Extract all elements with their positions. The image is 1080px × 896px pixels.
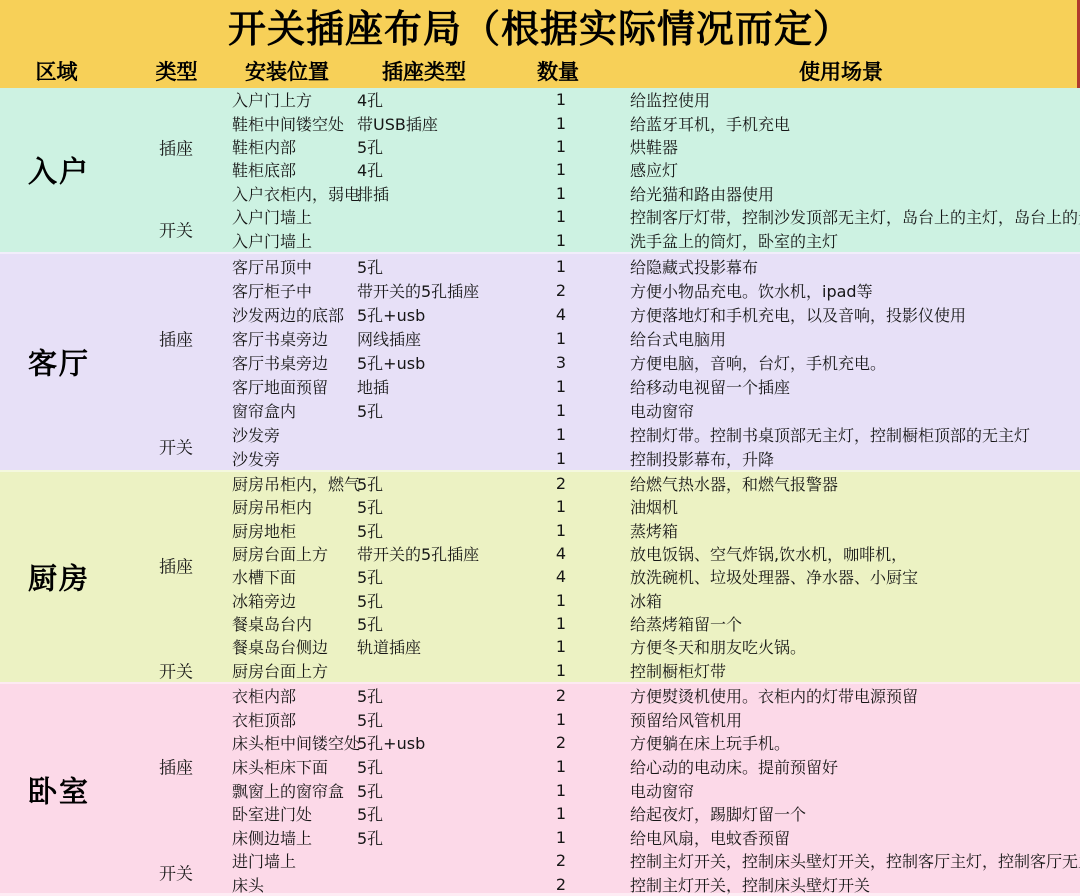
type-label: 插座 xyxy=(159,553,193,578)
quantity-cell: 1 xyxy=(517,231,605,250)
install-location-cell: 厨房吊柜内，燃气 xyxy=(232,472,357,495)
type-label: 开关 xyxy=(159,216,193,241)
install-location-cell: 床头柜床下面 xyxy=(232,755,357,778)
install-location-cell: 床侧边墙上 xyxy=(232,826,357,849)
type-group: 开关厨房台面上方1控制橱柜灯带 xyxy=(0,659,1080,682)
quantity-cell: 1 xyxy=(517,828,605,847)
install-location-cell: 衣柜顶部 xyxy=(232,708,357,731)
type-label: 开关 xyxy=(159,860,193,885)
type-label: 插座 xyxy=(159,754,193,779)
socket-type-cell: 5孔 xyxy=(357,255,517,278)
quantity-cell: 1 xyxy=(517,521,605,540)
install-location-cell: 客厅吊顶中 xyxy=(232,255,357,278)
usage-scenario-cell: 预留给风管机用 xyxy=(630,708,1080,731)
switch-socket-layout-table: 开关插座布局（根据实际情况而定） 区域类型安装位置插座类型数量使用场景 入户插座… xyxy=(0,0,1080,896)
type-group: 插座厨房吊柜内，燃气5孔2给燃气热水器，和燃气报警器厨房吊柜内5孔1油烟机厨房地… xyxy=(0,472,1080,659)
quantity-cell: 1 xyxy=(517,781,605,800)
table-row: 厨房吊柜内，燃气5孔2给燃气热水器，和燃气报警器 xyxy=(0,472,1080,495)
quantity-cell: 3 xyxy=(517,353,605,372)
section-kitchen: 厨房插座厨房吊柜内，燃气5孔2给燃气热水器，和燃气报警器厨房吊柜内5孔1油烟机厨… xyxy=(0,470,1080,682)
install-location-cell: 客厅柜子中 xyxy=(232,279,357,302)
table-body: 入户插座入户门上方4孔1给监控使用鞋柜中间镂空处带USB插座1给蓝牙耳机，手机充… xyxy=(0,88,1080,896)
column-header: 使用场景 xyxy=(602,56,1080,86)
type-label: 开关 xyxy=(159,434,193,459)
quantity-cell: 1 xyxy=(517,257,605,276)
socket-type-cell: 带开关的5孔插座 xyxy=(357,279,517,302)
install-location-cell: 鞋柜中间镂空处 xyxy=(232,112,357,135)
usage-scenario-cell: 控制客厅灯带，控制沙发顶部无主灯，岛台上的主灯，岛台上的无主 xyxy=(630,205,1080,228)
install-location-cell: 厨房吊柜内 xyxy=(232,495,357,518)
quantity-cell: 4 xyxy=(517,567,605,586)
socket-type-cell: 轨道插座 xyxy=(357,635,517,658)
socket-type-cell: 5孔 xyxy=(357,519,517,542)
table-row: 厨房地柜5孔1蒸烤箱 xyxy=(0,519,1080,542)
type-group: 插座客厅吊顶中5孔1给隐藏式投影幕布客厅柜子中带开关的5孔插座2方便小物品充电。… xyxy=(0,254,1080,422)
socket-type-cell: 5孔 xyxy=(357,826,517,849)
column-header: 数量 xyxy=(514,56,602,86)
quantity-cell: 1 xyxy=(517,804,605,823)
quantity-cell: 2 xyxy=(517,733,605,752)
install-location-cell: 餐桌岛台内 xyxy=(232,612,357,635)
column-header: 安装位置 xyxy=(240,56,334,86)
usage-scenario-cell: 油烟机 xyxy=(630,495,1080,518)
column-header: 区域 xyxy=(0,56,113,86)
install-location-cell: 鞋柜底部 xyxy=(232,158,357,181)
usage-scenario-cell: 放洗碗机、垃圾处理器、净水器、小厨宝 xyxy=(630,565,1080,588)
usage-scenario-cell: 放电饭锅、空气炸锅,饮水机，咖啡机， xyxy=(630,542,1080,565)
quantity-cell: 1 xyxy=(517,425,605,444)
install-location-cell: 衣柜内部 xyxy=(232,684,357,707)
quantity-cell: 1 xyxy=(517,207,605,226)
table-row: 餐桌岛台内5孔1给蒸烤箱留一个 xyxy=(0,612,1080,635)
quantity-cell: 2 xyxy=(517,851,605,870)
install-location-cell: 沙发旁 xyxy=(232,447,357,470)
socket-type-cell: 5孔 xyxy=(357,684,517,707)
usage-scenario-cell: 洗手盆上的筒灯，卧室的主灯 xyxy=(630,229,1080,252)
install-location-cell: 厨房台面上方 xyxy=(232,542,357,565)
type-group: 开关进门墙上2控制主灯开关，控制床头壁灯开关，控制客厅主灯，控制客厅无主灯床头2… xyxy=(0,849,1080,896)
quantity-cell: 1 xyxy=(517,90,605,109)
socket-type-cell: 5孔+usb xyxy=(357,351,517,374)
usage-scenario-cell: 给隐藏式投影幕布 xyxy=(630,255,1080,278)
install-location-cell: 鞋柜内部 xyxy=(232,135,357,158)
usage-scenario-cell: 控制主灯开关，控制床头壁灯开关，控制客厅主灯，控制客厅无主灯 xyxy=(630,849,1080,872)
quantity-cell: 1 xyxy=(517,637,605,656)
quantity-cell: 1 xyxy=(517,184,605,203)
install-location-cell: 进门墙上 xyxy=(232,849,357,872)
socket-type-cell: 5孔 xyxy=(357,472,517,495)
usage-scenario-cell: 给燃气热水器，和燃气报警器 xyxy=(630,472,1080,495)
socket-type-cell: 5孔+usb xyxy=(357,303,517,326)
usage-scenario-cell: 给光猫和路由器使用 xyxy=(630,182,1080,205)
usage-scenario-cell: 感应灯 xyxy=(630,158,1080,181)
column-header: 类型 xyxy=(113,56,240,86)
table-row: 衣柜内部5孔2方便熨烫机使用。衣柜内的灯带电源预留 xyxy=(0,684,1080,708)
table-row: 冰箱旁边5孔1冰箱 xyxy=(0,589,1080,612)
type-label: 插座 xyxy=(159,326,193,351)
table-row: 衣柜顶部5孔1预留给风管机用 xyxy=(0,708,1080,732)
quantity-cell: 2 xyxy=(517,875,605,894)
quantity-cell: 1 xyxy=(517,710,605,729)
socket-type-cell: 带USB插座 xyxy=(357,112,517,135)
socket-type-cell: 4孔 xyxy=(357,88,517,111)
quantity-cell: 2 xyxy=(517,686,605,705)
type-label: 插座 xyxy=(159,134,193,159)
usage-scenario-cell: 方便冬天和朋友吃火锅。 xyxy=(630,635,1080,658)
usage-scenario-cell: 方便躺在床上玩手机。 xyxy=(630,731,1080,754)
table-row: 厨房吊柜内5孔1油烟机 xyxy=(0,495,1080,518)
quantity-cell: 1 xyxy=(517,757,605,776)
usage-scenario-cell: 给蒸烤箱留一个 xyxy=(630,612,1080,635)
install-location-cell: 客厅地面预留 xyxy=(232,375,357,398)
usage-scenario-cell: 给移动电视留一个插座 xyxy=(630,375,1080,398)
quantity-cell: 1 xyxy=(517,377,605,396)
quantity-cell: 1 xyxy=(517,137,605,156)
quantity-cell: 1 xyxy=(517,114,605,133)
quantity-cell: 1 xyxy=(517,449,605,468)
table-header: 开关插座布局（根据实际情况而定） 区域类型安装位置插座类型数量使用场景 xyxy=(0,0,1080,88)
quantity-cell: 4 xyxy=(517,305,605,324)
usage-scenario-cell: 给蓝牙耳机，手机充电 xyxy=(630,112,1080,135)
table-row: 客厅柜子中带开关的5孔插座2方便小物品充电。饮水机，ipad等 xyxy=(0,278,1080,302)
install-location-cell: 客厅书桌旁边 xyxy=(232,351,357,374)
table-row: 窗帘盒内5孔1电动窗帘 xyxy=(0,398,1080,422)
usage-scenario-cell: 给电风扇，电蚊香预留 xyxy=(630,826,1080,849)
quantity-cell: 1 xyxy=(517,329,605,348)
page-title: 开关插座布局（根据实际情况而定） xyxy=(0,0,1080,56)
usage-scenario-cell: 控制灯带。控制书桌顶部无主灯，控制橱柜顶部的无主灯 xyxy=(630,423,1080,446)
install-location-cell: 沙发旁 xyxy=(232,423,357,446)
socket-type-cell: 5孔 xyxy=(357,565,517,588)
table-row: 沙发两边的底部5孔+usb4方便落地灯和手机充电，以及音响，投影仪使用 xyxy=(0,302,1080,326)
table-row: 客厅吊顶中5孔1给隐藏式投影幕布 xyxy=(0,254,1080,278)
type-group: 开关入户门墙上1控制客厅灯带，控制沙发顶部无主灯，岛台上的主灯，岛台上的无主入户… xyxy=(0,205,1080,252)
quantity-cell: 2 xyxy=(517,281,605,300)
usage-scenario-cell: 给心动的电动床。提前预留好 xyxy=(630,755,1080,778)
quantity-cell: 1 xyxy=(517,497,605,516)
usage-scenario-cell: 给起夜灯，踢脚灯留一个 xyxy=(630,802,1080,825)
install-location-cell: 餐桌岛台侧边 xyxy=(232,635,357,658)
install-location-cell: 床头柜中间镂空处 xyxy=(232,731,357,754)
socket-type-cell: 5孔 xyxy=(357,779,517,802)
install-location-cell: 水槽下面 xyxy=(232,565,357,588)
install-location-cell: 沙发两边的底部 xyxy=(232,303,357,326)
usage-scenario-cell: 控制投影幕布，升降 xyxy=(630,447,1080,470)
socket-type-cell: 排插 xyxy=(357,182,517,205)
usage-scenario-cell: 方便电脑，音响，台灯，手机充电。 xyxy=(630,351,1080,374)
usage-scenario-cell: 方便落地灯和手机充电，以及音响，投影仪使用 xyxy=(630,303,1080,326)
usage-scenario-cell: 给监控使用 xyxy=(630,88,1080,111)
install-location-cell: 入户衣柜内，弱电 xyxy=(232,182,357,205)
type-group: 插座入户门上方4孔1给监控使用鞋柜中间镂空处带USB插座1给蓝牙耳机，手机充电鞋… xyxy=(0,88,1080,205)
socket-type-cell: 5孔+usb xyxy=(357,731,517,754)
table-row: 鞋柜中间镂空处带USB插座1给蓝牙耳机，手机充电 xyxy=(0,111,1080,134)
socket-type-cell: 带开关的5孔插座 xyxy=(357,542,517,565)
usage-scenario-cell: 电动窗帘 xyxy=(630,399,1080,422)
install-location-cell: 厨房地柜 xyxy=(232,519,357,542)
table-row: 入户门上方4孔1给监控使用 xyxy=(0,88,1080,111)
usage-scenario-cell: 给台式电脑用 xyxy=(630,327,1080,350)
table-row: 床头柜中间镂空处5孔+usb2方便躺在床上玩手机。 xyxy=(0,731,1080,755)
table-row: 餐桌岛台侧边轨道插座1方便冬天和朋友吃火锅。 xyxy=(0,635,1080,658)
table-row: 床侧边墙上5孔1给电风扇，电蚊香预留 xyxy=(0,825,1080,849)
socket-type-cell: 5孔 xyxy=(357,708,517,731)
usage-scenario-cell: 蒸烤箱 xyxy=(630,519,1080,542)
quantity-cell: 4 xyxy=(517,544,605,563)
socket-type-cell: 4孔 xyxy=(357,158,517,181)
section-bedroom: 卧室插座衣柜内部5孔2方便熨烫机使用。衣柜内的灯带电源预留衣柜顶部5孔1预留给风… xyxy=(0,682,1080,896)
socket-type-cell: 5孔 xyxy=(357,399,517,422)
quantity-cell: 1 xyxy=(517,661,605,680)
type-group: 插座衣柜内部5孔2方便熨烫机使用。衣柜内的灯带电源预留衣柜顶部5孔1预留给风管机… xyxy=(0,684,1080,849)
usage-scenario-cell: 冰箱 xyxy=(630,589,1080,612)
socket-type-cell: 5孔 xyxy=(357,589,517,612)
section-living-room: 客厅插座客厅吊顶中5孔1给隐藏式投影幕布客厅柜子中带开关的5孔插座2方便小物品充… xyxy=(0,252,1080,470)
table-row: 鞋柜底部4孔1感应灯 xyxy=(0,158,1080,181)
install-location-cell: 厨房台面上方 xyxy=(232,659,357,682)
usage-scenario-cell: 控制橱柜灯带 xyxy=(630,659,1080,682)
table-row: 客厅书桌旁边5孔+usb3方便电脑，音响，台灯，手机充电。 xyxy=(0,350,1080,374)
column-header-row: 区域类型安装位置插座类型数量使用场景 xyxy=(0,56,1080,86)
table-row: 卧室进门处5孔1给起夜灯，踢脚灯留一个 xyxy=(0,802,1080,826)
type-group: 开关沙发旁1控制灯带。控制书桌顶部无主灯，控制橱柜顶部的无主灯沙发旁1控制投影幕… xyxy=(0,422,1080,470)
table-row: 飘窗上的窗帘盒5孔1电动窗帘 xyxy=(0,778,1080,802)
usage-scenario-cell: 烘鞋器 xyxy=(630,135,1080,158)
socket-type-cell: 5孔 xyxy=(357,135,517,158)
section-entry: 入户插座入户门上方4孔1给监控使用鞋柜中间镂空处带USB插座1给蓝牙耳机，手机充… xyxy=(0,88,1080,252)
quantity-cell: 1 xyxy=(517,614,605,633)
table-row: 入户衣柜内，弱电排插1给光猫和路由器使用 xyxy=(0,182,1080,205)
install-location-cell: 入户门墙上 xyxy=(232,229,357,252)
usage-scenario-cell: 方便小物品充电。饮水机，ipad等 xyxy=(630,279,1080,302)
quantity-cell: 2 xyxy=(517,474,605,493)
install-location-cell: 卧室进门处 xyxy=(232,802,357,825)
install-location-cell: 冰箱旁边 xyxy=(232,589,357,612)
install-location-cell: 飘窗上的窗帘盒 xyxy=(232,779,357,802)
column-header: 插座类型 xyxy=(334,56,514,86)
usage-scenario-cell: 方便熨烫机使用。衣柜内的灯带电源预留 xyxy=(630,684,1080,707)
type-label: 开关 xyxy=(159,658,193,683)
socket-type-cell: 5孔 xyxy=(357,612,517,635)
quantity-cell: 1 xyxy=(517,591,605,610)
install-location-cell: 入户门上方 xyxy=(232,88,357,111)
usage-scenario-cell: 电动窗帘 xyxy=(630,779,1080,802)
install-location-cell: 客厅书桌旁边 xyxy=(232,327,357,350)
table-row: 客厅地面预留地插1给移动电视留一个插座 xyxy=(0,374,1080,398)
socket-type-cell: 5孔 xyxy=(357,495,517,518)
socket-type-cell: 5孔 xyxy=(357,755,517,778)
quantity-cell: 1 xyxy=(517,160,605,179)
install-location-cell: 窗帘盒内 xyxy=(232,399,357,422)
socket-type-cell: 网线插座 xyxy=(357,327,517,350)
install-location-cell: 入户门墙上 xyxy=(232,205,357,228)
socket-type-cell: 地插 xyxy=(357,375,517,398)
quantity-cell: 1 xyxy=(517,401,605,420)
socket-type-cell: 5孔 xyxy=(357,802,517,825)
